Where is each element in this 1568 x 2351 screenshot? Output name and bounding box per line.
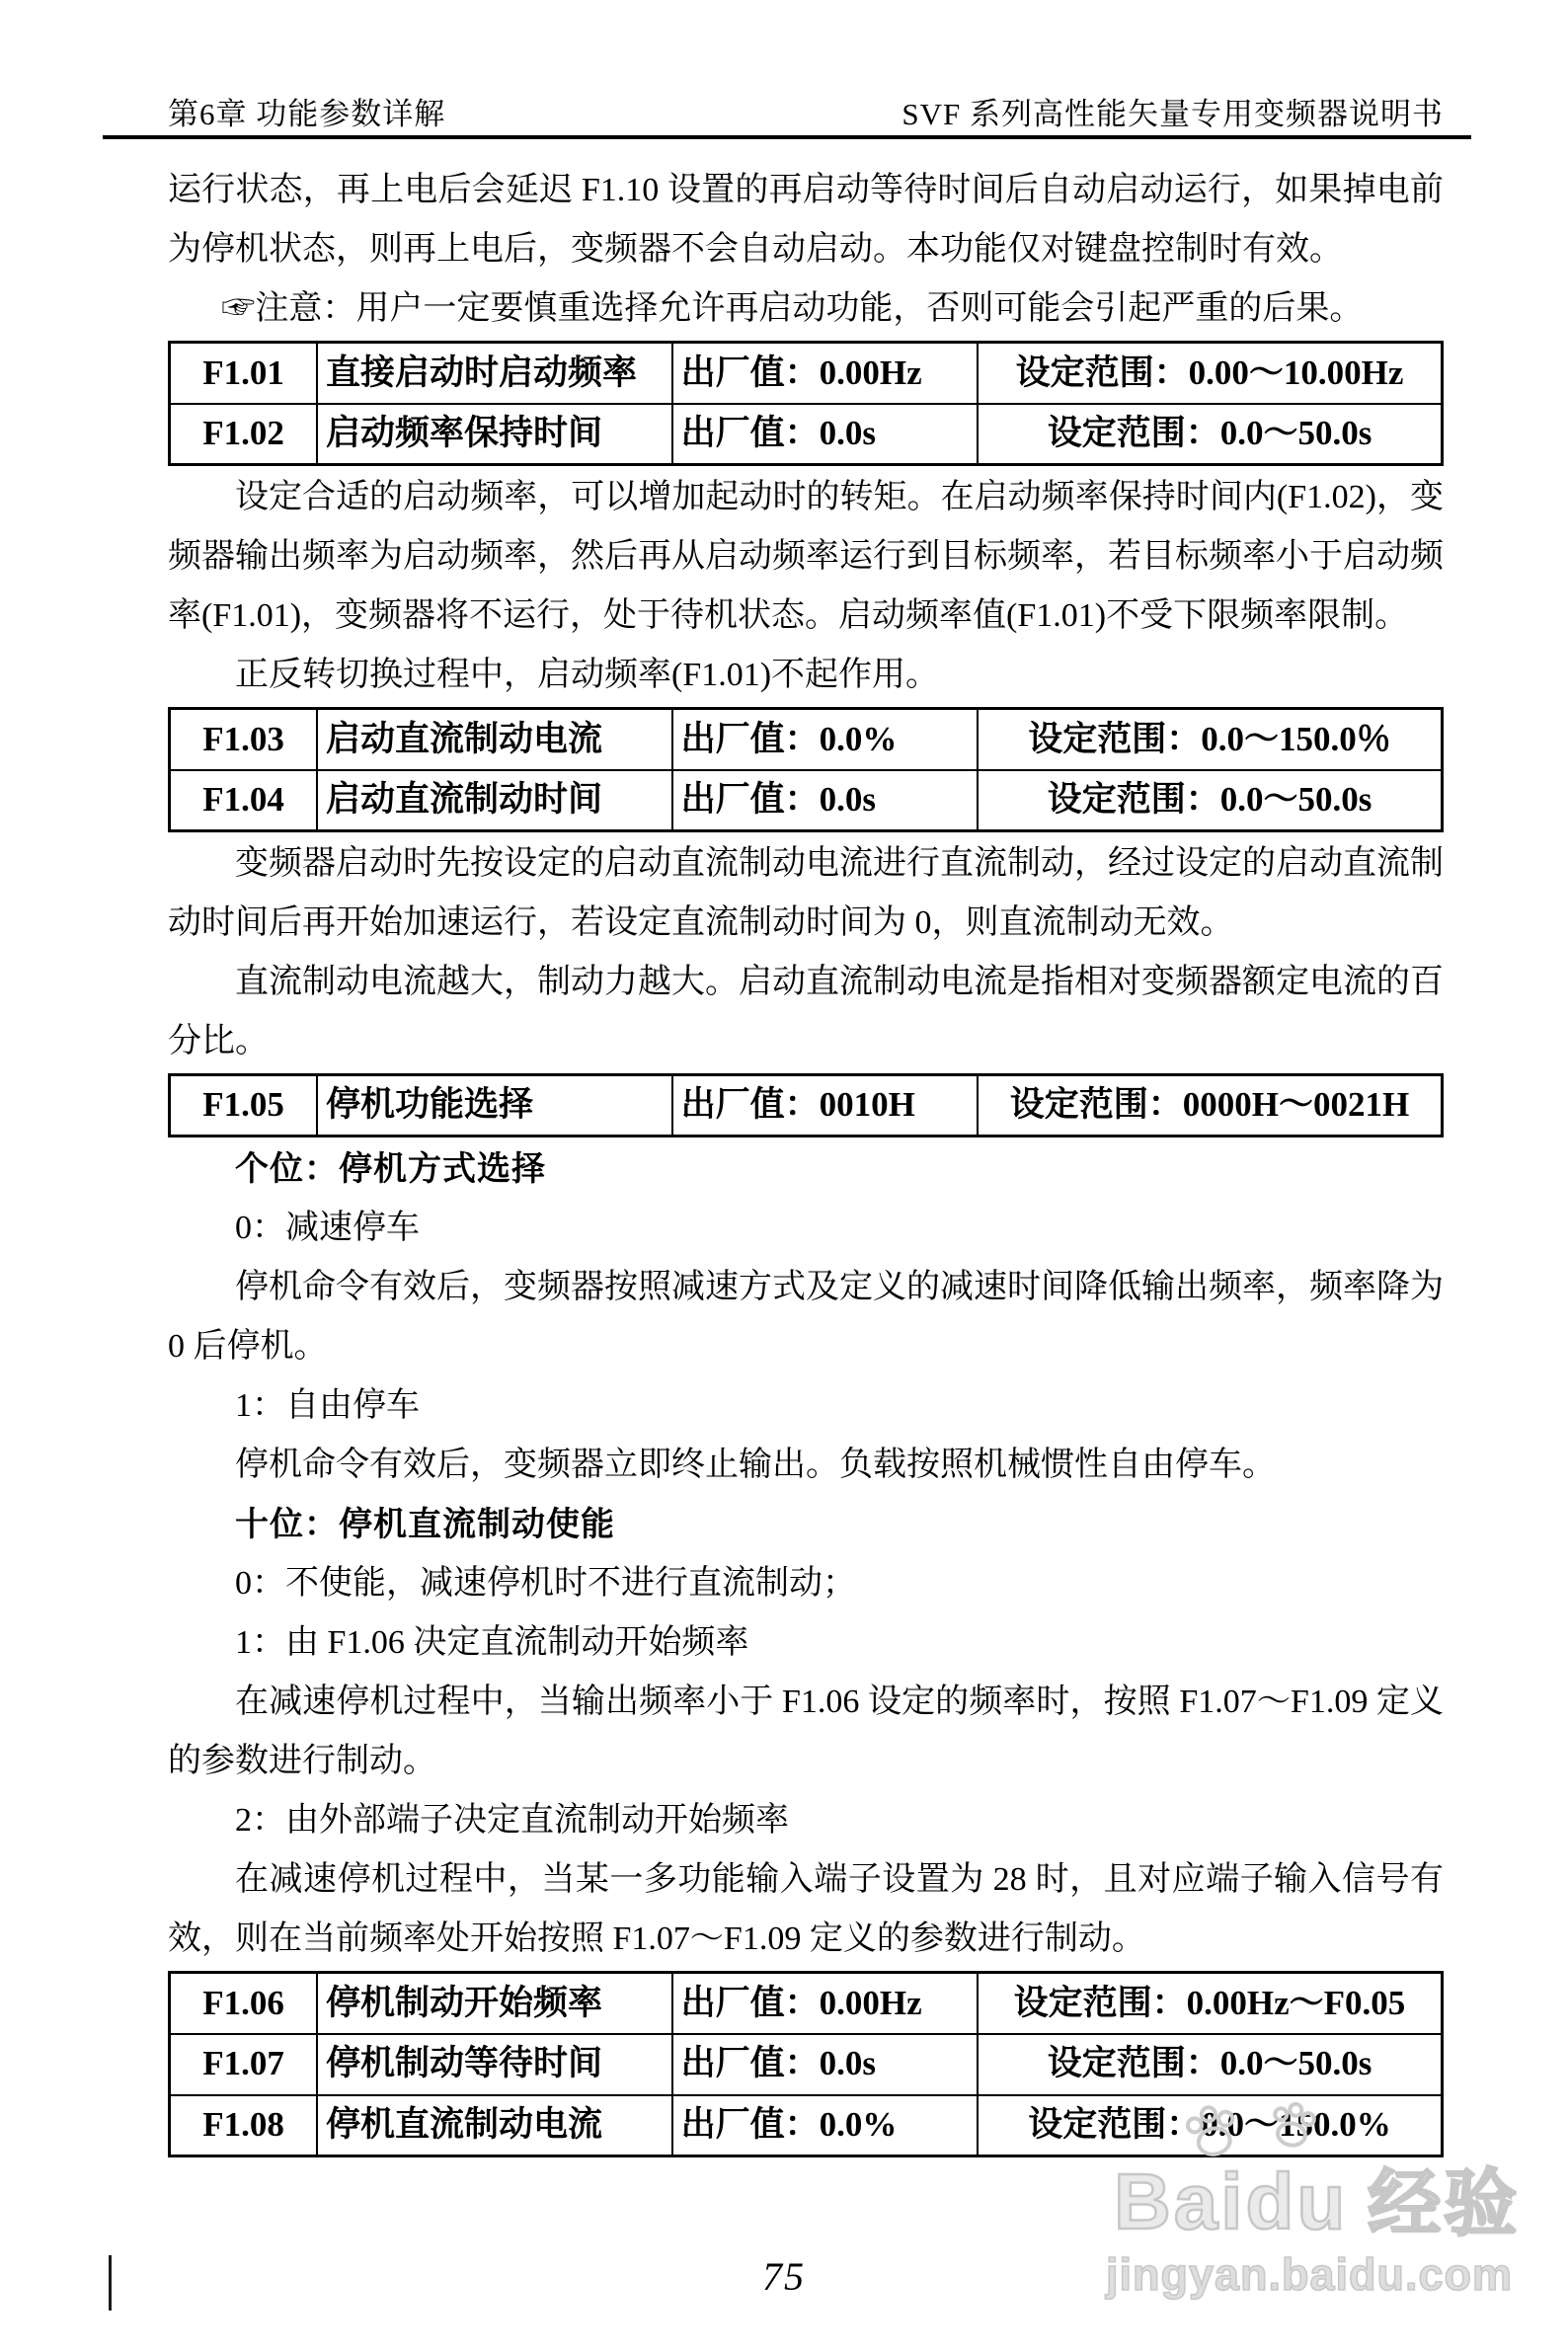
- param-name-cell: 停机功能选择: [317, 1075, 672, 1136]
- manual-title: SVF 系列高性能矢量专用变频器说明书: [902, 89, 1444, 133]
- param-name-cell: 启动直流制动电流: [317, 709, 672, 770]
- setting-range-cell: 设定范围：0.0～50.0s: [978, 404, 1443, 465]
- section-subheading-tens-digit: 十位：停机直流制动使能: [168, 1495, 1444, 1554]
- watermark-brand-cn: 经验: [1368, 2162, 1520, 2244]
- paragraph: 变频器启动时先按设定的启动直流制动电流进行直流制动，经过设定的启动直流制动时间后…: [168, 834, 1444, 953]
- factory-value-cell: 出厂值：0.00Hz: [672, 1973, 978, 2034]
- table-row: F1.02 启动频率保持时间 出厂值：0.0s 设定范围：0.0～50.0s: [170, 404, 1443, 465]
- table-row: F1.05 停机功能选择 出厂值：0010H 设定范围：0000H～0021H: [170, 1075, 1443, 1136]
- param-code-cell: F1.07: [170, 2034, 318, 2095]
- paragraph: 停机命令有效后，变频器立即终止输出。负载按照机械惯性自由停车。: [168, 1436, 1444, 1495]
- table-row: F1.08 停机直流制动电流 出厂值：0.0% 设定范围：0.0～150.0%: [170, 2095, 1443, 2156]
- parameter-table-f106-f108: F1.06 停机制动开始频率 出厂值：0.00Hz 设定范围：0.00Hz～F0…: [168, 1971, 1444, 2157]
- setting-range-cell: 设定范围：0.0～50.0s: [978, 770, 1443, 831]
- parameter-table-f103-f104: F1.03 启动直流制动电流 出厂值：0.0% 设定范围：0.0～150.0％ …: [168, 707, 1444, 832]
- param-name-cell: 停机制动开始频率: [317, 1973, 672, 2034]
- watermark-brand: Baidu经验: [1114, 2164, 1560, 2239]
- param-code-cell: F1.05: [170, 1075, 318, 1136]
- paragraph: 运行状态，再上电后会延迟 F1.10 设置的再启动等待时间后自动启动运行，如果掉…: [168, 161, 1444, 279]
- setting-range-cell: 设定范围：0.0～150.0％: [978, 709, 1443, 770]
- factory-value-cell: 出厂值：0.0s: [672, 404, 978, 465]
- param-code-cell: F1.02: [170, 404, 318, 465]
- setting-range-cell: 设定范围：0.0～50.0s: [978, 2034, 1443, 2095]
- factory-value-cell: 出厂值：0.00Hz: [672, 343, 978, 404]
- page-header: 第6章 功能参数详解 SVF 系列高性能矢量专用变频器说明书: [168, 89, 1444, 133]
- setting-range-cell: 设定范围：0.00～10.00Hz: [978, 343, 1443, 404]
- option-line: 0：减速停车: [168, 1199, 1444, 1258]
- table-row: F1.03 启动直流制动电流 出厂值：0.0% 设定范围：0.0～150.0％: [170, 709, 1443, 770]
- factory-value-cell: 出厂值：0010H: [672, 1075, 978, 1136]
- param-name-cell: 直接启动时启动频率: [317, 343, 672, 404]
- table-row: F1.04 启动直流制动时间 出厂值：0.0s 设定范围：0.0～50.0s: [170, 770, 1443, 831]
- note-paragraph: ☞注意：用户一定要慎重选择允许再启动功能，否则可能会引起严重的后果。: [168, 279, 1444, 339]
- option-line: 1：自由停车: [168, 1376, 1444, 1436]
- paragraph: 在减速停机过程中，当输出频率小于 F1.06 设定的频率时，按照 F1.07～F…: [168, 1673, 1444, 1791]
- param-code-cell: F1.04: [170, 770, 318, 831]
- setting-range-cell: 设定范围：0000H～0021H: [978, 1075, 1443, 1136]
- page-number: 75: [0, 2253, 1568, 2300]
- factory-value-cell: 出厂值：0.0%: [672, 709, 978, 770]
- setting-range-cell: 设定范围：0.0～150.0%: [978, 2095, 1443, 2156]
- watermark-brand-latin: Baidu: [1114, 2157, 1348, 2245]
- parameter-table-f105: F1.05 停机功能选择 出厂值：0010H 设定范围：0000H～0021H: [168, 1073, 1444, 1137]
- param-name-cell: 停机直流制动电流: [317, 2095, 672, 2156]
- table-row: F1.01 直接启动时启动频率 出厂值：0.00Hz 设定范围：0.00～10.…: [170, 343, 1443, 404]
- option-line: 1：由 F1.06 决定直流制动开始频率: [168, 1613, 1444, 1673]
- section-subheading-units-digit: 个位：停机方式选择: [168, 1139, 1444, 1199]
- paragraph: 设定合适的启动频率，可以增加起动时的转矩。在启动频率保持时间内(F1.02)，变…: [168, 468, 1444, 646]
- setting-range-cell: 设定范围：0.00Hz～F0.05: [978, 1973, 1443, 2034]
- param-code-cell: F1.01: [170, 343, 318, 404]
- param-name-cell: 启动直流制动时间: [317, 770, 672, 831]
- param-code-cell: F1.08: [170, 2095, 318, 2156]
- table-row: F1.06 停机制动开始频率 出厂值：0.00Hz 设定范围：0.00Hz～F0…: [170, 1973, 1443, 2034]
- table-row: F1.07 停机制动等待时间 出厂值：0.0s 设定范围：0.0～50.0s: [170, 2034, 1443, 2095]
- paragraph: 停机命令有效后，变频器按照减速方式及定义的减速时间降低输出频率，频率降为 0 后…: [168, 1258, 1444, 1376]
- factory-value-cell: 出厂值：0.0%: [672, 2095, 978, 2156]
- option-line: 0：不使能，减速停机时不进行直流制动；: [168, 1554, 1444, 1613]
- header-rule: [103, 135, 1471, 139]
- param-code-cell: F1.06: [170, 1973, 318, 2034]
- param-name-cell: 停机制动等待时间: [317, 2034, 672, 2095]
- paragraph: 在减速停机过程中，当某一多功能输入端子设置为 28 时，且对应端子输入信号有效，…: [168, 1850, 1444, 1969]
- factory-value-cell: 出厂值：0.0s: [672, 770, 978, 831]
- option-line: 2：由外部端子决定直流制动开始频率: [168, 1791, 1444, 1850]
- param-name-cell: 启动频率保持时间: [317, 404, 672, 465]
- paragraph: 直流制动电流越大，制动力越大。启动直流制动电流是指相对变频器额定电流的百分比。: [168, 953, 1444, 1071]
- paragraph: 正反转切换过程中，启动频率(F1.01)不起作用。: [168, 646, 1444, 705]
- factory-value-cell: 出厂值：0.0s: [672, 2034, 978, 2095]
- document-page: 第6章 功能参数详解 SVF 系列高性能矢量专用变频器说明书 运行状态，再上电后…: [0, 0, 1568, 2351]
- parameter-table-f101-f102: F1.01 直接启动时启动频率 出厂值：0.00Hz 设定范围：0.00～10.…: [168, 341, 1444, 466]
- param-code-cell: F1.03: [170, 709, 318, 770]
- chapter-title: 第6章 功能参数详解: [168, 89, 445, 133]
- page-body: 运行状态，再上电后会延迟 F1.10 设置的再启动等待时间后自动启动运行，如果掉…: [168, 161, 1444, 2159]
